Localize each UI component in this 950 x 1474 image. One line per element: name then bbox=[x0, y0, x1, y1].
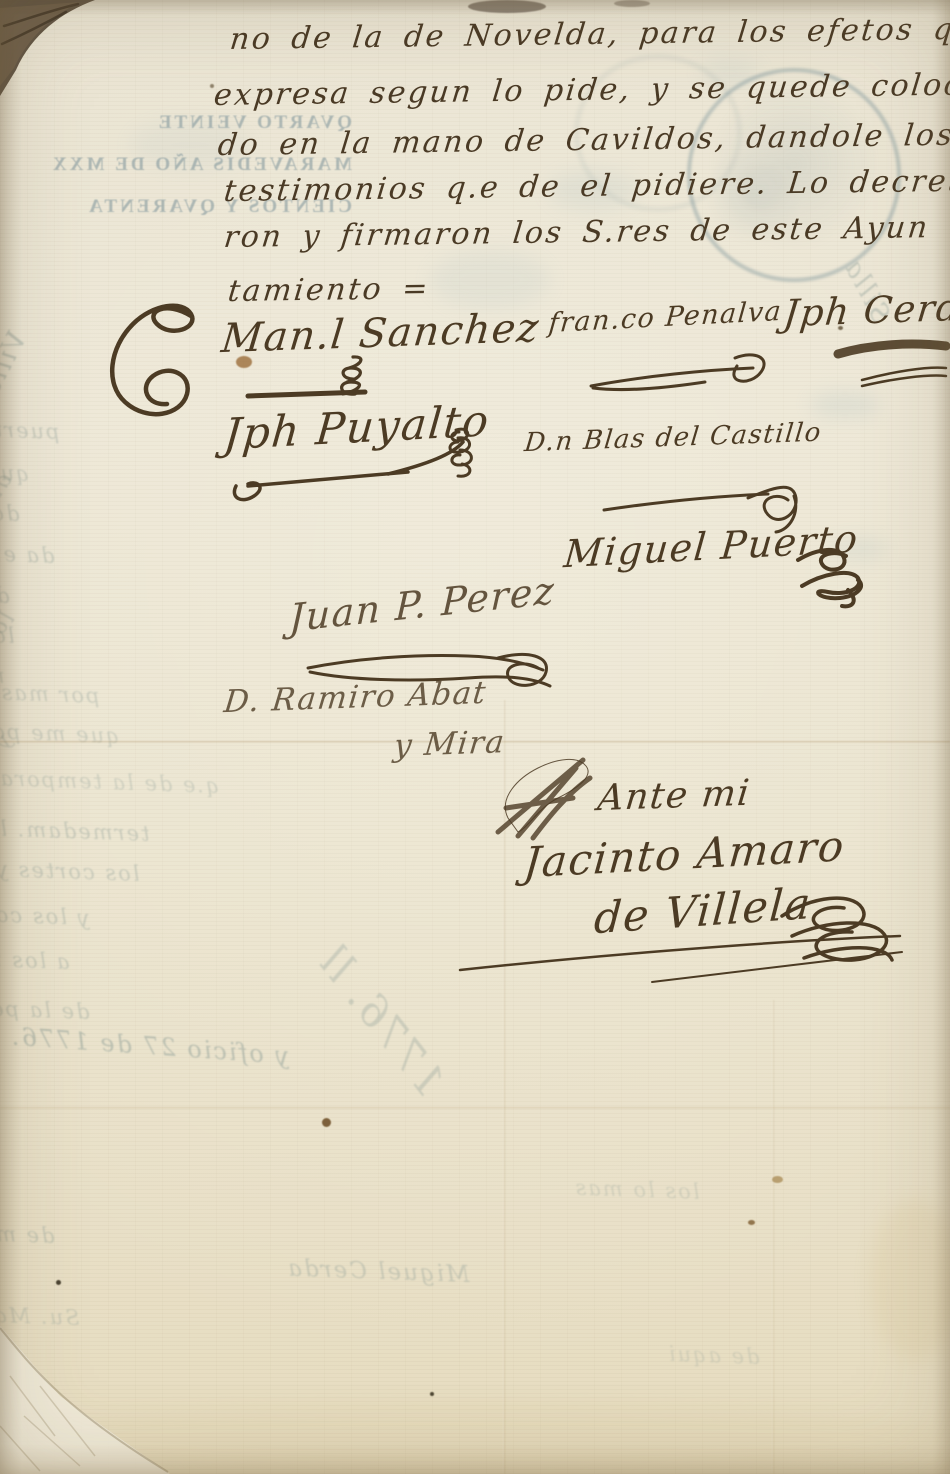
ink-speck bbox=[838, 326, 843, 330]
ink-speck bbox=[236, 356, 252, 368]
manuscript-page: Villadicholos q.y deSillapuerto Alcaldes… bbox=[0, 0, 950, 1474]
ink-speck bbox=[56, 1280, 61, 1285]
speck-layer bbox=[0, 0, 950, 1474]
ink-speck bbox=[430, 1392, 434, 1396]
ink-speck bbox=[210, 84, 214, 88]
ink-speck bbox=[468, 0, 546, 13]
ink-speck bbox=[322, 1118, 331, 1127]
ink-speck bbox=[748, 1220, 755, 1225]
ink-speck bbox=[772, 1176, 783, 1183]
ink-speck bbox=[614, 0, 650, 7]
